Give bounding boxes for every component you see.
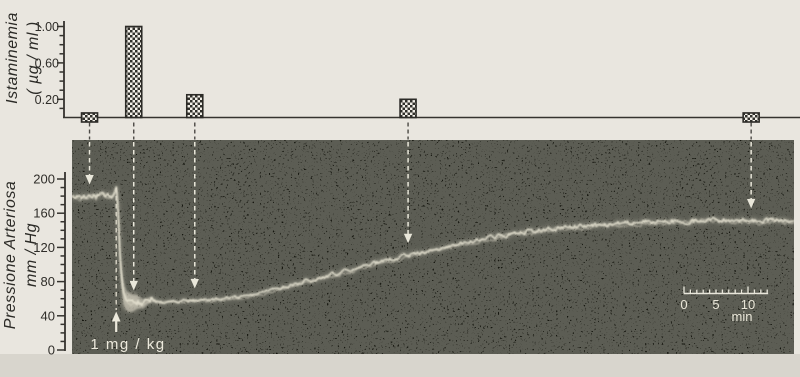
histamine-bar (400, 99, 416, 117)
histamine-blood-pressure-figure: Istaminemia ( µg / ml ) 1.000.600.20 Pre… (0, 0, 800, 377)
figure-canvas: Istaminemia ( µg / ml ) 1.000.600.20 Pre… (0, 0, 800, 377)
pressure-axis-tick-label: 0 (48, 343, 55, 358)
pressure-axis-tick-label: 160 (33, 206, 55, 221)
histamine-bar (126, 27, 142, 118)
scalebar-tick-label: 5 (712, 297, 719, 312)
top-axis-tick-label: 0.20 (35, 93, 59, 107)
top-y-axis-title-line1: Istaminemia (4, 12, 21, 104)
scalebar-tick-label: 10 (741, 297, 755, 312)
pressure-axis-tick-label: 120 (33, 240, 55, 255)
film-grain (72, 140, 794, 354)
histamine-bar (82, 113, 98, 122)
bottom-y-axis-title-line2: mm / Hg (23, 223, 40, 287)
pressure-axis-tick-label: 80 (41, 274, 55, 289)
pressure-recording-chart: Pressione Arteriosa mm / Hg 200160120804… (2, 140, 794, 358)
scalebar-tick-label: 0 (680, 297, 687, 312)
paper-lower-strip (0, 354, 800, 377)
injection-label: 1 mg / kg (90, 336, 165, 353)
top-axis-tick-label: 1.00 (35, 20, 59, 34)
pressure-axis-tick-label: 40 (41, 308, 55, 323)
bottom-y-axis-title-line1: Pressione Arteriosa (2, 181, 19, 330)
pressure-axis-tick-label: 200 (33, 172, 55, 187)
histamine-bar (743, 113, 759, 122)
top-axis-tick-label: 0.60 (35, 56, 59, 70)
histamine-bar (187, 95, 203, 118)
